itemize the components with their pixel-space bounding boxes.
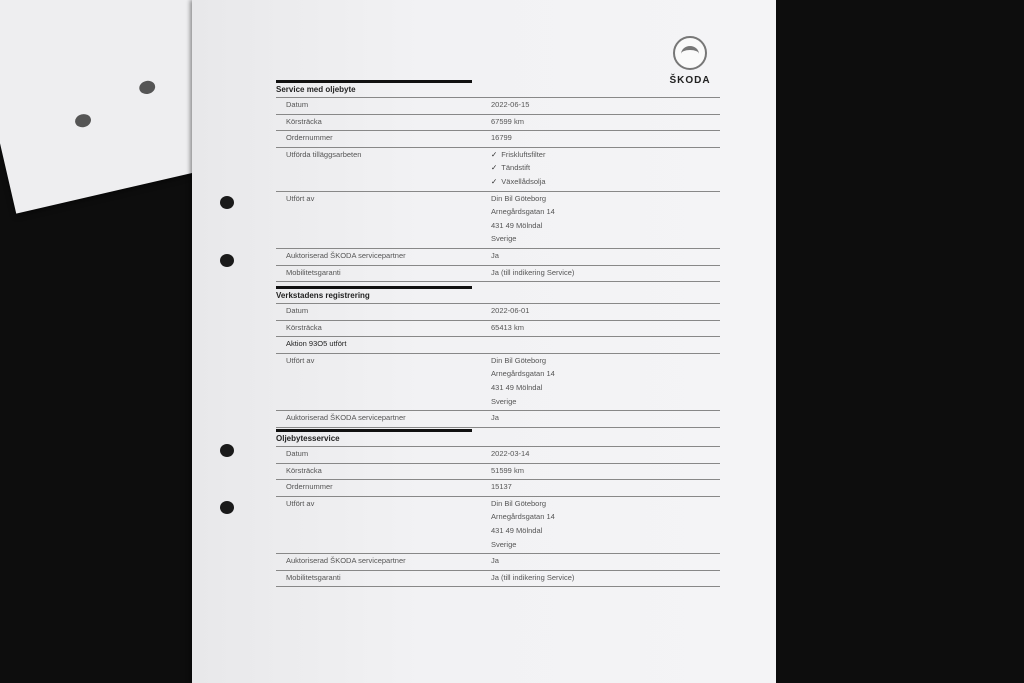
section-oljebytesservice: OljebytesserviceDatum2022-03-14Körsträck…: [276, 429, 720, 587]
row-label: Mobilitetsgaranti: [276, 571, 491, 587]
value-line: Sverige: [491, 234, 720, 248]
value-text: Ja: [491, 251, 499, 260]
row-value: Ja: [491, 554, 720, 570]
value-text: Ja (till indikering Service): [491, 268, 574, 277]
value-line: Ja: [491, 556, 720, 570]
section-service-med-oljebyte: Service med oljebyteDatum2022-06-15Körst…: [276, 80, 720, 282]
value-line: 65413 km: [491, 323, 720, 337]
row-label: Körsträcka: [276, 321, 491, 337]
table-row: Datum2022-06-15: [276, 97, 720, 114]
value-line: 51599 km: [491, 466, 720, 480]
punch-hole: [220, 196, 234, 209]
value-line: Ja: [491, 251, 720, 265]
table-row: Ordernummer16799: [276, 130, 720, 147]
value-line: 16799: [491, 133, 720, 147]
table-row: Auktoriserad ŠKODA servicepartnerJa: [276, 248, 720, 265]
value-text: Friskluftsfilter: [501, 150, 545, 159]
row-value: 51599 km: [491, 464, 720, 480]
value-line: Sverige: [491, 397, 720, 411]
value-line: Sverige: [491, 540, 720, 554]
table-row: Auktoriserad ŠKODA servicepartnerJa: [276, 553, 720, 570]
value-text: Växellådsolja: [501, 177, 545, 186]
row-value: [491, 337, 720, 353]
row-label: Auktoriserad ŠKODA servicepartner: [276, 554, 491, 570]
row-value: Din Bil GöteborgArnegårdsgatan 14431 49 …: [491, 354, 720, 410]
punch-hole: [220, 501, 234, 514]
section-verkstadens-registrering: Verkstadens registreringDatum2022-06-01K…: [276, 286, 720, 428]
row-value: 67599 km: [491, 115, 720, 131]
value-text: Din Bil Göteborg: [491, 194, 546, 203]
checkmark-icon: ✓: [491, 177, 497, 186]
table-row: Aktion 93O5 utfört: [276, 336, 720, 353]
value-line: 67599 km: [491, 117, 720, 131]
value-text: Din Bil Göteborg: [491, 356, 546, 365]
value-line: Ja (till indikering Service): [491, 268, 720, 282]
value-text: Tändstift: [501, 163, 530, 172]
row-value: Ja (till indikering Service): [491, 266, 720, 282]
value-text: Arnegårdsgatan 14: [491, 207, 555, 216]
value-line: 431 49 Mölndal: [491, 526, 720, 540]
row-value: 15137: [491, 480, 720, 496]
row-label: Aktion 93O5 utfört: [276, 337, 491, 353]
value-text: 2022-06-01: [491, 306, 529, 315]
row-label: Körsträcka: [276, 464, 491, 480]
table-row: Auktoriserad ŠKODA servicepartnerJa: [276, 410, 720, 428]
section-title: Verkstadens registrering: [276, 286, 472, 303]
row-label: Datum: [276, 447, 491, 463]
value-text: Sverige: [491, 234, 516, 243]
row-label: Auktoriserad ŠKODA servicepartner: [276, 249, 491, 265]
checkmark-icon: ✓: [491, 163, 497, 172]
value-line: 431 49 Mölndal: [491, 221, 720, 235]
table-row: Körsträcka51599 km: [276, 463, 720, 480]
value-text: 431 49 Mölndal: [491, 221, 542, 230]
row-value: Din Bil GöteborgArnegårdsgatan 14431 49 …: [491, 192, 720, 248]
row-label: Ordernummer: [276, 480, 491, 496]
row-value: Ja (till indikering Service): [491, 571, 720, 587]
value-text: 431 49 Mölndal: [491, 526, 542, 535]
punch-hole: [138, 79, 157, 95]
value-line: Arnegårdsgatan 14: [491, 207, 720, 221]
row-label: Körsträcka: [276, 115, 491, 131]
value-text: 67599 km: [491, 117, 524, 126]
value-text: Din Bil Göteborg: [491, 499, 546, 508]
section-title: Oljebytesservice: [276, 429, 472, 446]
value-line: Arnegårdsgatan 14: [491, 512, 720, 526]
row-label: Utförda tilläggsarbeten: [276, 148, 491, 191]
punch-hole: [220, 254, 234, 267]
row-value: 2022-06-15: [491, 98, 720, 114]
table-row: Utfört avDin Bil GöteborgArnegårdsgatan …: [276, 496, 720, 553]
table-row: Datum2022-03-14: [276, 446, 720, 463]
value-line: Din Bil Göteborg: [491, 499, 720, 513]
service-history-page: ŠKODA Service med oljebyteDatum2022-06-1…: [192, 0, 776, 683]
row-value: 16799: [491, 131, 720, 147]
value-text: 65413 km: [491, 323, 524, 332]
checkmark-icon: ✓: [491, 150, 497, 159]
table-row: Körsträcka67599 km: [276, 114, 720, 131]
table-row: Datum2022-06-01: [276, 303, 720, 320]
value-text: Sverige: [491, 540, 516, 549]
value-text: Sverige: [491, 397, 516, 406]
row-label: Datum: [276, 304, 491, 320]
skoda-logo-icon: [673, 36, 707, 70]
row-label: Utfört av: [276, 192, 491, 248]
value-line: 2022-06-15: [491, 100, 720, 114]
table-row: Körsträcka65413 km: [276, 320, 720, 337]
value-text: 51599 km: [491, 466, 524, 475]
row-value: 2022-06-01: [491, 304, 720, 320]
table-row: Utförda tilläggsarbeten✓Friskluftsfilter…: [276, 147, 720, 191]
table-row: Utfört avDin Bil GöteborgArnegårdsgatan …: [276, 353, 720, 410]
table-row: Utfört avDin Bil GöteborgArnegårdsgatan …: [276, 191, 720, 248]
value-line: 2022-03-14: [491, 449, 720, 463]
section-title: Service med oljebyte: [276, 80, 472, 97]
row-value: Ja: [491, 411, 720, 427]
value-text: Ja (till indikering Service): [491, 573, 574, 582]
row-value: Ja: [491, 249, 720, 265]
table-row: MobilitetsgarantiJa (till indikering Ser…: [276, 570, 720, 588]
row-value: Din Bil GöteborgArnegårdsgatan 14431 49 …: [491, 497, 720, 553]
row-label: Mobilitetsgaranti: [276, 266, 491, 282]
value-line: 431 49 Mölndal: [491, 383, 720, 397]
value-line: Ja: [491, 413, 720, 427]
punch-hole: [74, 113, 93, 129]
value-text: Ja: [491, 556, 499, 565]
row-label: Datum: [276, 98, 491, 114]
table-row: MobilitetsgarantiJa (till indikering Ser…: [276, 265, 720, 283]
value-text: 2022-06-15: [491, 100, 529, 109]
value-text: Ja: [491, 413, 499, 422]
row-label: Auktoriserad ŠKODA servicepartner: [276, 411, 491, 427]
value-text: 2022-03-14: [491, 449, 529, 458]
value-line: Din Bil Göteborg: [491, 356, 720, 370]
value-line: ✓Friskluftsfilter: [491, 150, 720, 164]
value-text: 16799: [491, 133, 512, 142]
value-line: Arnegårdsgatan 14: [491, 369, 720, 383]
value-line: ✓Tändstift: [491, 163, 720, 177]
value-line: 15137: [491, 482, 720, 496]
value-text: 431 49 Mölndal: [491, 383, 542, 392]
row-value: 65413 km: [491, 321, 720, 337]
row-label: Ordernummer: [276, 131, 491, 147]
row-value: 2022-03-14: [491, 447, 720, 463]
row-label: Utfört av: [276, 354, 491, 410]
value-line: [491, 339, 720, 353]
value-line: Din Bil Göteborg: [491, 194, 720, 208]
value-line: Ja (till indikering Service): [491, 573, 720, 587]
row-label: Utfört av: [276, 497, 491, 553]
value-text: Arnegårdsgatan 14: [491, 369, 555, 378]
value-line: 2022-06-01: [491, 306, 720, 320]
value-text: Arnegårdsgatan 14: [491, 512, 555, 521]
value-text: 15137: [491, 482, 512, 491]
table-row: Ordernummer15137: [276, 479, 720, 496]
row-value: ✓Friskluftsfilter✓Tändstift✓Växellådsolj…: [491, 148, 720, 191]
punch-hole: [220, 444, 234, 457]
skoda-logo: ŠKODA: [666, 36, 714, 86]
value-line: ✓Växellådsolja: [491, 177, 720, 191]
